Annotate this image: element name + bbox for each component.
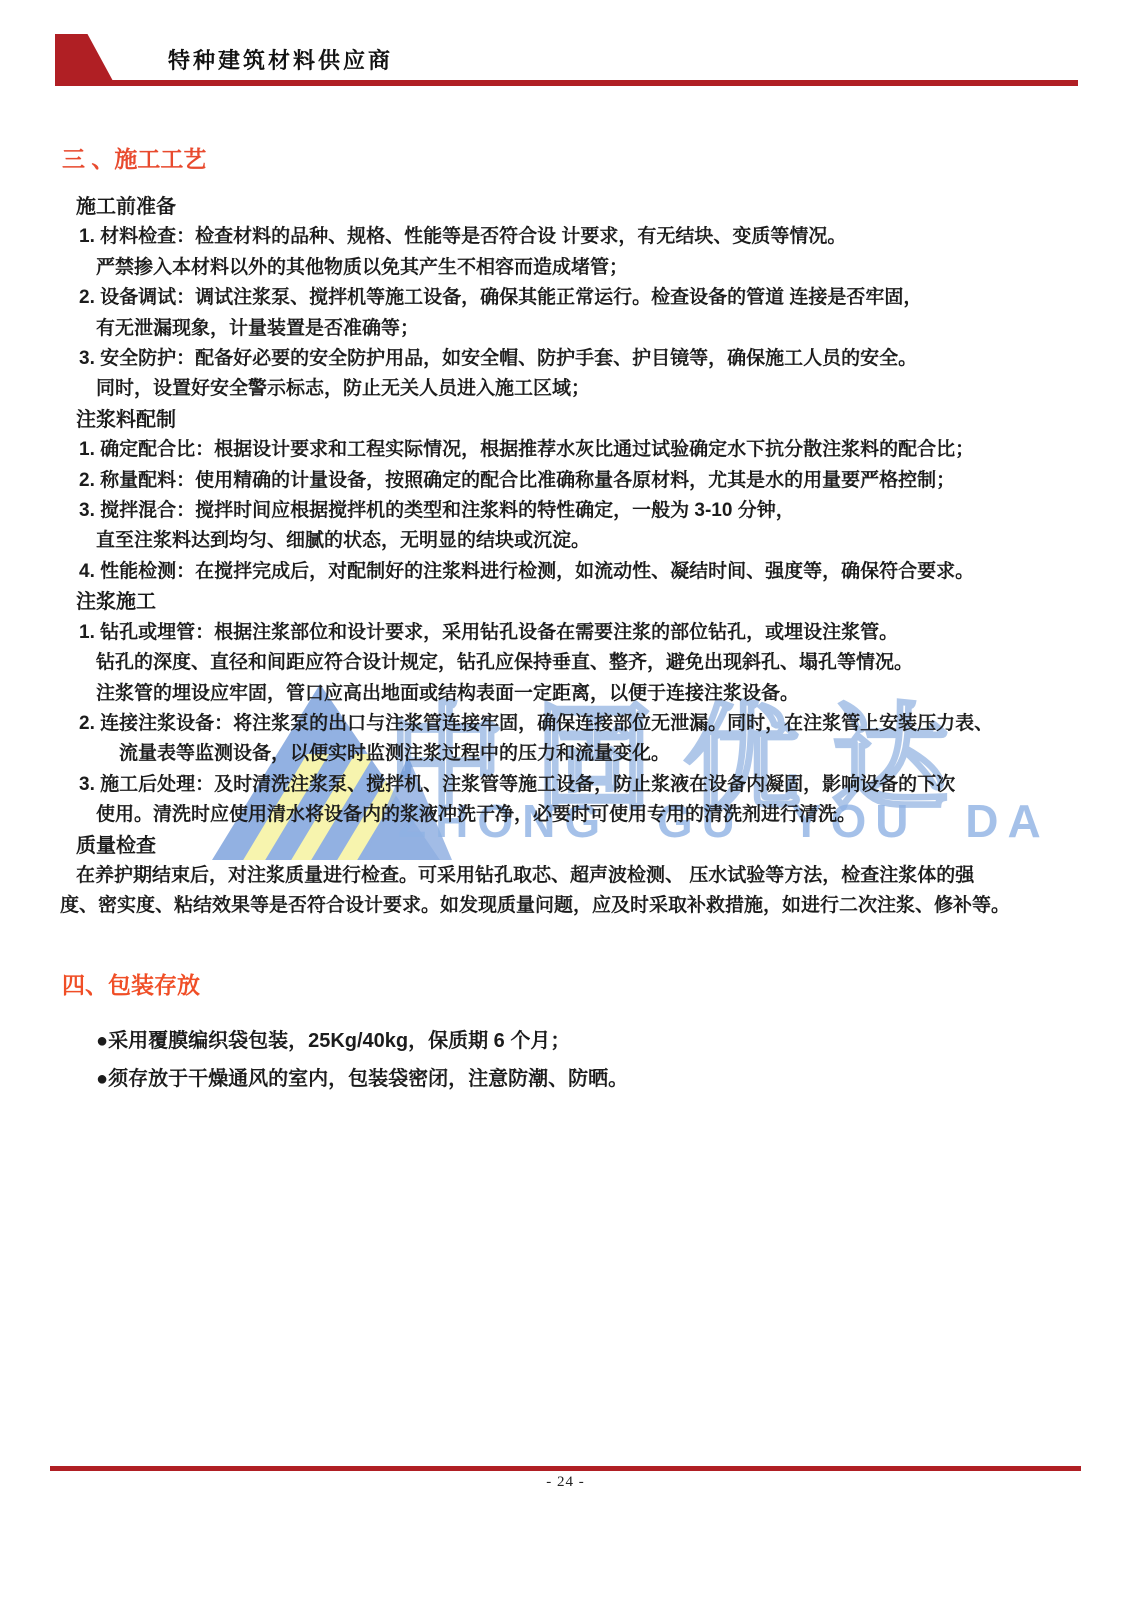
text-line: 1. 材料检查：检查材料的品种、规格、性能等是否符合设 计要求，有无结块、变质等… (79, 222, 1112, 252)
header-ribbon-shape (55, 34, 113, 81)
brand-title: 特种建筑材料供应商 (168, 44, 393, 75)
main-content: 三 、施工工艺 施工前准备 1. 材料检查：检查材料的品种、规格、性能等是否符合… (62, 142, 1112, 1098)
section-construction-title: 三 、施工工艺 (62, 142, 1112, 176)
text-line: 2. 设备调试：调试注浆泵、搅拌机等施工设备，确保其能正常运行。检查设备的管道 … (79, 283, 1112, 313)
subheading-quality-check: 质量检查 (76, 831, 1112, 861)
text-line: 钻孔的深度、直径和间距应符合设计规定，钻孔应保持垂直、整齐，避免出现斜孔、塌孔等… (96, 648, 1112, 678)
packaging-bullet-list: ●采用覆膜编织袋包装，25Kg/40kg，保质期 6 个月； ●须存放于干燥通风… (62, 1022, 1112, 1098)
subheading-grouting-construction: 注浆施工 (76, 587, 1112, 617)
bullet-item: ●须存放于干燥通风的室内，包装袋密闭，注意防潮、防晒。 (96, 1060, 1112, 1098)
text-line: 在养护期结束后，对注浆质量进行检查。可采用钻孔取芯、超声波检测、 压水试验等方法… (76, 861, 1112, 891)
text-line: 使用。清洗时应使用清水将设备内的浆液冲洗干净，必要时可使用专用的清洗剂进行清洗。 (96, 800, 1112, 830)
text-line: 1. 钻孔或埋管：根据注浆部位和设计要求，采用钻孔设备在需要注浆的部位钻孔，或埋… (79, 618, 1112, 648)
text-line: 注浆管的埋设应牢固，管口应高出地面或结构表面一定距离，以便于连接注浆设备。 (96, 679, 1112, 709)
text-line: 严禁掺入本材料以外的其他物质以免其产生不相容而造成堵管； (96, 253, 1112, 283)
text-line: 直至注浆料达到均匀、细腻的状态，无明显的结块或沉淀。 (96, 526, 1112, 556)
text-line: 1. 确定配合比：根据设计要求和工程实际情况，根据推荐水灰比通过试验确定水下抗分… (79, 435, 1112, 465)
footer-rule (50, 1466, 1081, 1471)
text-line: 3. 安全防护：配备好必要的安全防护用品，如安全帽、防护手套、护目镜等，确保施工… (79, 344, 1112, 374)
text-line: 2. 连接注浆设备：将注浆泵的出口与注浆管连接牢固，确保连接部位无泄漏。同时，在… (79, 709, 1112, 739)
text-line: 同时，设置好安全警示标志，防止无关人员进入施工区域； (96, 374, 1112, 404)
page-number: - 24 - (0, 1474, 1131, 1491)
text-line: 2. 称量配料：使用精确的计量设备，按照确定的配合比准确称量各原材料，尤其是水的… (79, 466, 1112, 496)
document-page: { "header": { "brand": "特种建筑材料供应商" }, "w… (0, 0, 1131, 1600)
subheading-grout-mixing: 注浆料配制 (76, 405, 1112, 435)
text-line: 4. 性能检测：在搅拌完成后，对配制好的注浆料进行检测，如流动性、凝结时间、强度… (79, 557, 1112, 587)
header-rule (55, 80, 1078, 86)
text-line: 流量表等监测设备，以便实时监测注浆过程中的压力和流量变化。 (119, 739, 1112, 769)
subheading-preparation: 施工前准备 (76, 192, 1112, 222)
section-packaging-title: 四、包装存放 (62, 968, 1112, 1002)
bullet-item: ●采用覆膜编织袋包装，25Kg/40kg，保质期 6 个月； (96, 1022, 1112, 1060)
text-line: 度、密实度、粘结效果等是否符合设计要求。如发现质量问题，应及时采取补救措施，如进… (60, 891, 1112, 921)
text-line: 3. 搅拌混合：搅拌时间应根据搅拌机的类型和注浆料的特性确定，一般为 3-10 … (79, 496, 1112, 526)
text-line: 有无泄漏现象，计量装置是否准确等； (96, 314, 1112, 344)
text-line: 3. 施工后处理：及时清洗注浆泵、搅拌机、注浆管等施工设备，防止浆液在设备内凝固… (79, 770, 1112, 800)
